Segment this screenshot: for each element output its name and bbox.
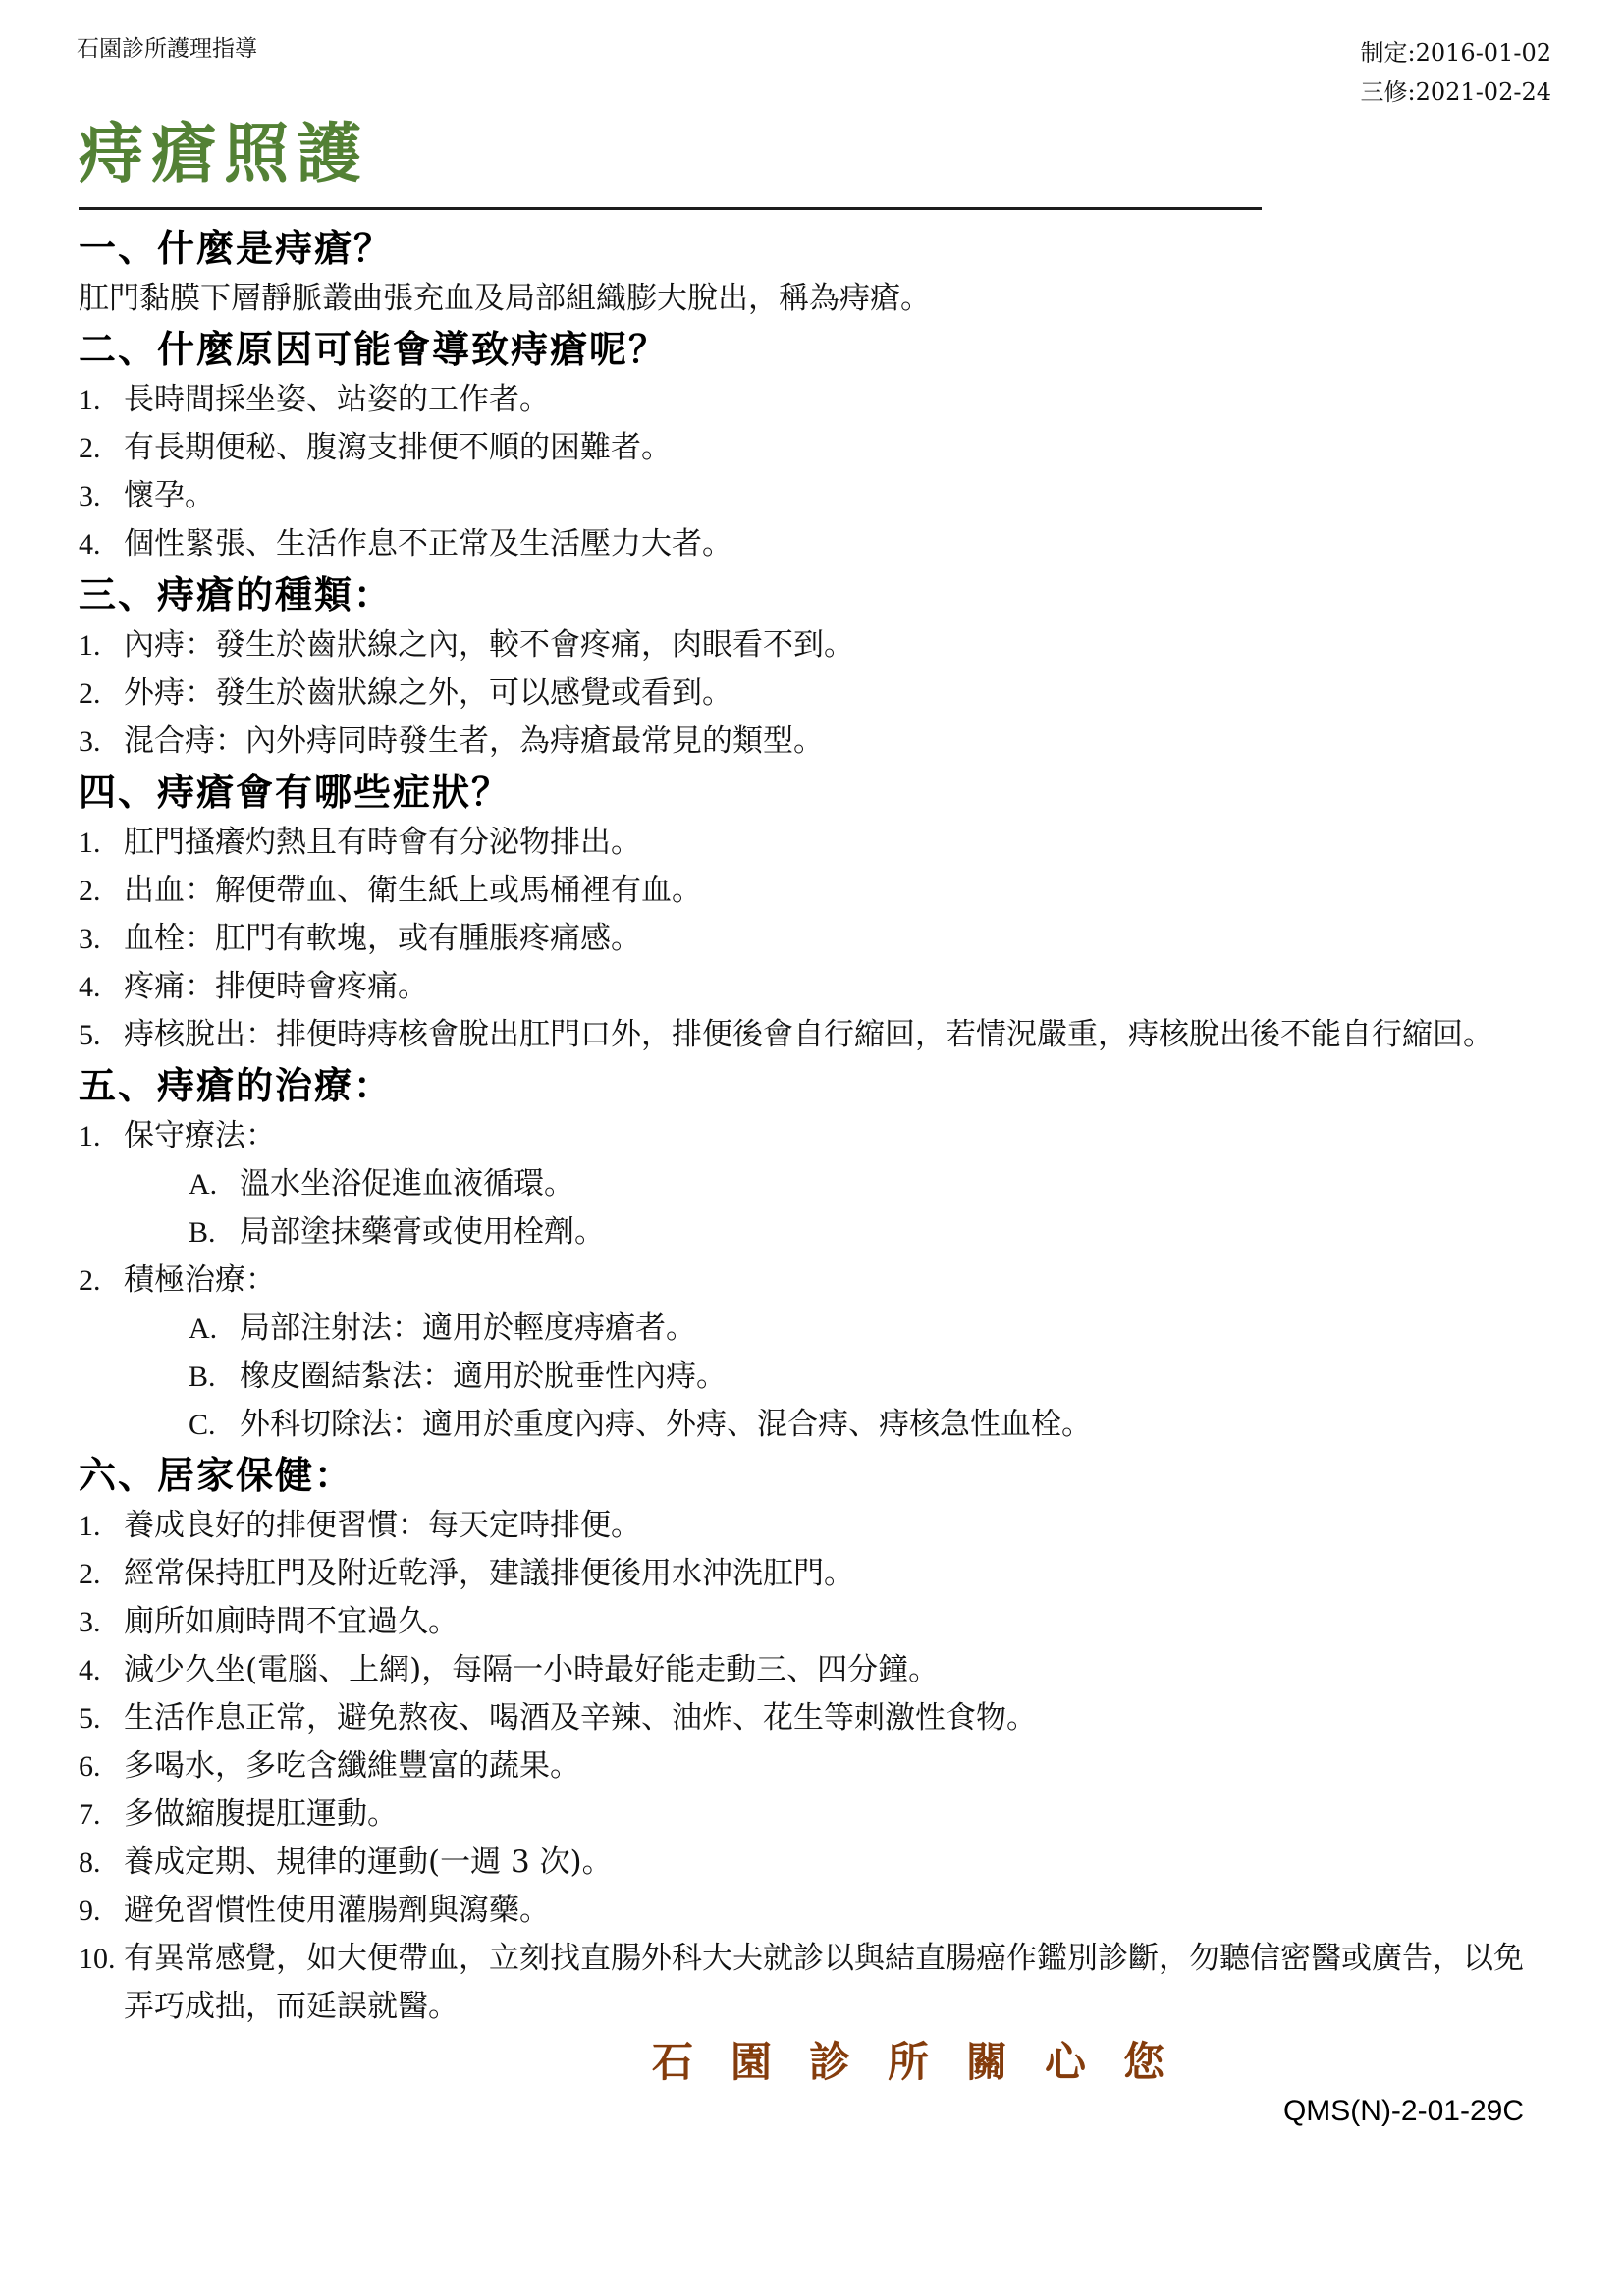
sub-list-item: A.溫水坐浴促進血液循環。: [189, 1160, 1532, 1208]
list-item-text: 多喝水，多吃含纖維豐富的蔬果。: [124, 1742, 1532, 1790]
list-item-number: 2.: [79, 1550, 124, 1598]
list-item: 7.多做縮腹提肛運動。: [79, 1790, 1532, 1839]
list-item-number: 2.: [79, 867, 124, 915]
list-item: 2.有長期便秘、腹瀉支排便不順的困難者。: [79, 424, 1532, 472]
list-item-text: 肛門搔癢灼熱且有時會有分泌物排出。: [124, 819, 1532, 867]
list-item-number: 6.: [79, 1742, 124, 1790]
sub-list-item: B.局部塗抹藥膏或使用栓劑。: [189, 1208, 1532, 1256]
list-item: 1.肛門搔癢灼熱且有時會有分泌物排出。: [79, 819, 1532, 867]
section: 四、痔瘡會有哪些症狀？1.肛門搔癢灼熱且有時會有分泌物排出。2.出血：解便帶血、…: [79, 766, 1532, 1059]
list-item: 4.個性緊張、生活作息不正常及生活壓力大者。: [79, 520, 1532, 568]
title-underline-block: 痔瘡照護: [79, 120, 1262, 210]
list-item-number: 3.: [79, 1598, 124, 1646]
list-item: 1.養成良好的排便習慣：每天定時排便。: [79, 1502, 1532, 1550]
sub-list-item-text: 局部塗抹藥膏或使用栓劑。: [240, 1208, 1532, 1256]
list-item-text: 混合痔：內外痔同時發生者，為痔瘡最常見的類型。: [124, 718, 1532, 766]
header-dates: 制定:2016-01-02 三修:2021-02-24: [1361, 33, 1551, 112]
document-body: 一、什麼是痔瘡？肛門黏膜下層靜脈叢曲張充血及局部組織膨大脫出，稱為痔瘡。二、什麼…: [0, 210, 1624, 2031]
list-item-text: 個性緊張、生活作息不正常及生活壓力大者。: [124, 520, 1532, 568]
list-item-text: 保守療法：: [124, 1112, 1532, 1160]
section: 五、痔瘡的治療：1.保守療法：A.溫水坐浴促進血液循環。B.局部塗抹藥膏或使用栓…: [79, 1059, 1532, 1449]
list-item-number: 3.: [79, 915, 124, 963]
list-item-text: 有異常感覺，如大便帶血，立刻找直腸外科大夫就診以與結直腸癌作鑑別診斷，勿聽信密醫…: [124, 1935, 1532, 2031]
list-item-number: 5.: [79, 1694, 124, 1742]
date-created: 制定:2016-01-02: [1361, 33, 1551, 73]
sub-list-item: A.局部注射法：適用於輕度痔瘡者。: [189, 1305, 1532, 1353]
list-item: 3.混合痔：內外痔同時發生者，為痔瘡最常見的類型。: [79, 718, 1532, 766]
list-item: 3.血栓：肛門有軟塊，或有腫脹疼痛感。: [79, 915, 1532, 963]
list-item-number: 2.: [79, 424, 124, 472]
list-item-number: 1.: [79, 376, 124, 424]
list-item-number: 4.: [79, 520, 124, 568]
list-item-text: 出血：解便帶血、衛生紙上或馬桶裡有血。: [124, 867, 1532, 915]
section-heading: 四、痔瘡會有哪些症狀？: [79, 766, 1532, 819]
page-title: 痔瘡照護: [79, 120, 1262, 187]
list-item: 2.出血：解便帶血、衛生紙上或馬桶裡有血。: [79, 867, 1532, 915]
list-item: 4.疼痛：排便時會疼痛。: [79, 963, 1532, 1011]
sub-list-item-letter: A.: [189, 1305, 240, 1353]
list-item-text: 有長期便秘、腹瀉支排便不順的困難者。: [124, 424, 1532, 472]
sub-list-item-text: 橡皮圈結紮法：適用於脫垂性內痔。: [240, 1353, 1532, 1401]
sub-list-item-letter: A.: [189, 1160, 240, 1208]
list-item: 9.避免習慣性使用灌腸劑與瀉藥。: [79, 1887, 1532, 1935]
list-item: 5.生活作息正常，避免熬夜、喝酒及辛辣、油炸、花生等刺激性食物。: [79, 1694, 1532, 1742]
header-left-text: 石園診所護理指導: [77, 33, 257, 65]
list-item: 1.長時間採坐姿、站姿的工作者。: [79, 376, 1532, 424]
sub-list-item-text: 局部注射法：適用於輕度痔瘡者。: [240, 1305, 1532, 1353]
list-item-number: 9.: [79, 1887, 124, 1935]
list-item: 1.內痔：發生於齒狀線之內，較不會疼痛，肉眼看不到。: [79, 621, 1532, 669]
document-header: 石園診所護理指導 制定:2016-01-02 三修:2021-02-24: [0, 0, 1624, 112]
sub-list-item-letter: C.: [189, 1401, 240, 1449]
list-item: 8.養成定期、規律的運動(一週 3 次)。: [79, 1839, 1532, 1887]
list-item-text: 養成定期、規律的運動(一週 3 次)。: [124, 1839, 1532, 1887]
list-item: 2.積極治療：: [79, 1256, 1532, 1305]
list-item-number: 1.: [79, 1502, 124, 1550]
list-item-text: 避免習慣性使用灌腸劑與瀉藥。: [124, 1887, 1532, 1935]
section: 一、什麼是痔瘡？肛門黏膜下層靜脈叢曲張充血及局部組織膨大脫出，稱為痔瘡。: [79, 222, 1532, 323]
sub-list-item: C.外科切除法：適用於重度內痔、外痔、混合痔、痔核急性血栓。: [189, 1401, 1532, 1449]
footer-slogan: 石園診所關心您: [652, 2035, 1624, 2090]
list-item-number: 3.: [79, 472, 124, 520]
list-item-text: 減少久坐(電腦、上網)，每隔一小時最好能走動三、四分鐘。: [124, 1646, 1532, 1694]
list-item-number: 1.: [79, 819, 124, 867]
list-item-text: 內痔：發生於齒狀線之內，較不會疼痛，肉眼看不到。: [124, 621, 1532, 669]
sub-list-item-text: 外科切除法：適用於重度內痔、外痔、混合痔、痔核急性血栓。: [240, 1401, 1532, 1449]
list-item-text: 經常保持肛門及附近乾淨，建議排便後用水沖洗肛門。: [124, 1550, 1532, 1598]
list-item-number: 4.: [79, 963, 124, 1011]
list-item-number: 2.: [79, 1256, 124, 1305]
list-item-text: 懷孕。: [124, 472, 1532, 520]
list-item-number: 7.: [79, 1790, 124, 1839]
list-item: 6.多喝水，多吃含纖維豐富的蔬果。: [79, 1742, 1532, 1790]
list-item: 10.有異常感覺，如大便帶血，立刻找直腸外科大夫就診以與結直腸癌作鑑別診斷，勿聽…: [79, 1935, 1532, 2031]
section-heading: 六、居家保健：: [79, 1449, 1532, 1502]
section: 六、居家保健：1.養成良好的排便習慣：每天定時排便。2.經常保持肛門及附近乾淨，…: [79, 1449, 1532, 2031]
list-item: 3.廁所如廁時間不宜過久。: [79, 1598, 1532, 1646]
sub-list-item-letter: B.: [189, 1208, 240, 1256]
sub-list-item-letter: B.: [189, 1353, 240, 1401]
section-heading: 一、什麼是痔瘡？: [79, 222, 1532, 275]
list-item: 4.減少久坐(電腦、上網)，每隔一小時最好能走動三、四分鐘。: [79, 1646, 1532, 1694]
list-item-number: 1.: [79, 1112, 124, 1160]
list-item-number: 2.: [79, 669, 124, 718]
date-revised: 三修:2021-02-24: [1361, 73, 1551, 112]
list-item-text: 積極治療：: [124, 1256, 1532, 1305]
list-item-text: 疼痛：排便時會疼痛。: [124, 963, 1532, 1011]
list-item-number: 8.: [79, 1839, 124, 1887]
list-item-number: 5.: [79, 1011, 124, 1059]
list-item: 2.經常保持肛門及附近乾淨，建議排便後用水沖洗肛門。: [79, 1550, 1532, 1598]
list-item-number: 10.: [79, 1935, 124, 1983]
list-item: 1.保守療法：: [79, 1112, 1532, 1160]
section-paragraph: 肛門黏膜下層靜脈叢曲張充血及局部組織膨大脫出，稱為痔瘡。: [79, 275, 1532, 323]
section-heading: 三、痔瘡的種類：: [79, 568, 1532, 621]
list-item-text: 血栓：肛門有軟塊，或有腫脹疼痛感。: [124, 915, 1532, 963]
list-item-text: 外痔：發生於齒狀線之外，可以感覺或看到。: [124, 669, 1532, 718]
list-item-number: 1.: [79, 621, 124, 669]
list-item: 3.懷孕。: [79, 472, 1532, 520]
section: 二、什麼原因可能會導致痔瘡呢？1.長時間採坐姿、站姿的工作者。2.有長期便秘、腹…: [79, 323, 1532, 568]
list-item-text: 長時間採坐姿、站姿的工作者。: [124, 376, 1532, 424]
list-item: 2.外痔：發生於齒狀線之外，可以感覺或看到。: [79, 669, 1532, 718]
section: 三、痔瘡的種類：1.內痔：發生於齒狀線之內，較不會疼痛，肉眼看不到。2.外痔：發…: [79, 568, 1532, 766]
list-item-number: 4.: [79, 1646, 124, 1694]
list-item-text: 生活作息正常，避免熬夜、喝酒及辛辣、油炸、花生等刺激性食物。: [124, 1694, 1532, 1742]
list-item-number: 3.: [79, 718, 124, 766]
sub-list-item: B.橡皮圈結紮法：適用於脫垂性內痔。: [189, 1353, 1532, 1401]
list-item: 5.痔核脫出：排便時痔核會脫出肛門口外，排便後會自行縮回，若情況嚴重，痔核脫出後…: [79, 1011, 1532, 1059]
list-item-text: 多做縮腹提肛運動。: [124, 1790, 1532, 1839]
document-page: 石園診所護理指導 制定:2016-01-02 三修:2021-02-24 痔瘡照…: [0, 0, 1624, 2296]
section-heading: 五、痔瘡的治療：: [79, 1059, 1532, 1112]
list-item-text: 廁所如廁時間不宜過久。: [124, 1598, 1532, 1646]
doc-code: QMS(N)-2-01-29C: [0, 2092, 1624, 2131]
list-item-text: 養成良好的排便習慣：每天定時排便。: [124, 1502, 1532, 1550]
section-heading: 二、什麼原因可能會導致痔瘡呢？: [79, 323, 1532, 376]
sub-list-item-text: 溫水坐浴促進血液循環。: [240, 1160, 1532, 1208]
list-item-text: 痔核脫出：排便時痔核會脫出肛門口外，排便後會自行縮回，若情況嚴重，痔核脫出後不能…: [124, 1011, 1532, 1059]
